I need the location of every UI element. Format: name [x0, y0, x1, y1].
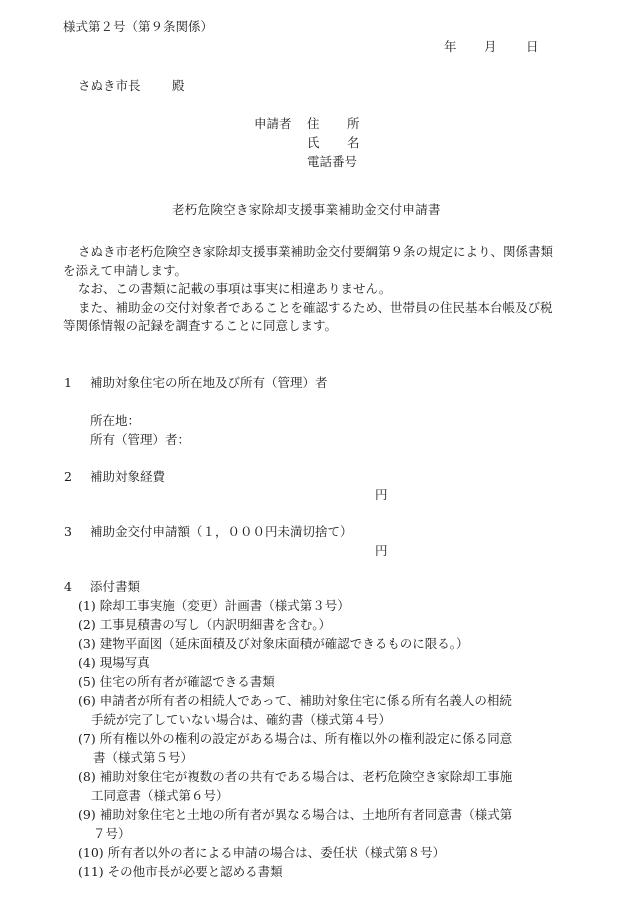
section-2-unit: 円 — [375, 485, 388, 504]
item-number: (5) — [78, 672, 96, 691]
item-text-line-2: 手続が完了していない場合は、確約書（様式第４号） — [91, 712, 391, 727]
item-number: (9) — [78, 805, 96, 824]
item-number: (10) — [78, 843, 104, 862]
addressee-name: さぬき市長 — [78, 76, 141, 95]
section-4-number: 4 — [64, 577, 72, 596]
date-month-label: 月 — [484, 37, 497, 56]
item-text: 除却工事実施（変更）計画書（様式第３号） — [100, 596, 558, 615]
attachment-item: (6) 申請者が所有者の相続人であって、補助対象住宅に係る所有名義人の相続 — [78, 691, 558, 710]
item-text-line-1: 補助対象住宅と土地の所有者が異なる場合は、土地所有者同意書（様式第 — [100, 805, 558, 824]
applicant-phone-label: 電話番号 — [307, 152, 357, 171]
addressee-honorific: 殿 — [172, 76, 185, 95]
item-text-line-1: 申請者が所有者の相続人であって、補助対象住宅に係る所有名義人の相続 — [100, 693, 512, 708]
paragraph-3: また、補助金の交付対象者であることを確認するため、世帯員の住民基本台帳及び税等関… — [63, 299, 563, 336]
item-number: (8) — [78, 767, 96, 786]
item-text: 住宅の所有者が確認できる書類 — [100, 672, 558, 691]
location-field-label: 所在地： — [90, 411, 140, 430]
item-number: (3) — [78, 634, 96, 653]
attachment-item: (4) 現場写真 — [78, 653, 558, 672]
attachment-item: (10) 所有者以外の者による申請の場合は、委任状（様式第８号） — [78, 843, 558, 862]
item-text-line-1: 所有権以外の権利の設定がある場合は、所有権以外の権利設定に係る同意 — [100, 729, 558, 748]
date-year-label: 年 — [444, 37, 457, 56]
item-number: (4) — [78, 653, 96, 672]
attachment-item-continuation: ７号） — [78, 824, 558, 843]
item-text: 申請者が所有者の相続人であって、補助対象住宅に係る所有名義人の相続 — [100, 691, 558, 710]
item-text: 建物平面図（延床面積及び対象床面積が確認できるものに限る。） — [100, 634, 558, 653]
paragraph-2: なお、この書類に記載の事項は事実に相違ありません。 — [63, 280, 563, 299]
attachment-item-continuation: 工同意書（様式第６号） — [78, 786, 558, 805]
applicant-label: 申請者 — [254, 114, 292, 133]
attachment-item: (2) 工事見積書の写し（内訳明細書を含む。） — [78, 615, 558, 634]
section-2-title: 補助対象経費 — [90, 467, 165, 486]
item-text: その他市長が必要と認める書類 — [108, 862, 558, 881]
section-1-number: 1 — [64, 373, 72, 392]
attachment-item: (7) 所有権以外の権利の設定がある場合は、所有権以外の権利設定に係る同意 — [78, 729, 558, 748]
item-number: (11) — [78, 862, 104, 881]
attachment-item: (9) 補助対象住宅と土地の所有者が異なる場合は、土地所有者同意書（様式第 — [78, 805, 558, 824]
attachment-item: (5) 住宅の所有者が確認できる書類 — [78, 672, 558, 691]
section-3-unit: 円 — [375, 541, 388, 560]
owner-field-label: 所有（管理）者： — [90, 430, 190, 449]
section-3-title: 補助金交付申請額（１，０００円未満切捨て） — [90, 522, 353, 541]
attachment-list: (1) 除却工事実施（変更）計画書（様式第３号） (2) 工事見積書の写し（内訳… — [78, 596, 558, 881]
applicant-address-label-1: 住 — [307, 114, 320, 133]
applicant-name-label-1: 氏 — [307, 133, 320, 152]
attachment-item: (1) 除却工事実施（変更）計画書（様式第３号） — [78, 596, 558, 615]
date-day-label: 日 — [526, 37, 539, 56]
item-number: (7) — [78, 729, 96, 748]
paragraph-1: さぬき市老朽危険空き家除却支援事業補助金交付要綱第９条の規定により、関係書類を添… — [63, 243, 563, 280]
item-text-line-2: 書（様式第５号） — [93, 750, 193, 765]
section-1-title: 補助対象住宅の所在地及び所有（管理）者 — [90, 373, 328, 392]
applicant-name-label-2: 名 — [347, 133, 360, 152]
item-text: 所有者以外の者による申請の場合は、委任状（様式第８号） — [108, 843, 558, 862]
item-text-line-2: ７号） — [93, 826, 131, 841]
attachment-item: (8) 補助対象住宅が複数の者の共有である場合は、老朽危険空き家除却工事施 — [78, 767, 558, 786]
item-number: (2) — [78, 615, 96, 634]
body-paragraphs: さぬき市老朽危険空き家除却支援事業補助金交付要綱第９条の規定により、関係書類を添… — [63, 243, 563, 336]
section-4-title: 添付書類 — [90, 577, 140, 596]
item-text: 工事見積書の写し（内訳明細書を含む。） — [100, 615, 558, 634]
document-title: 老朽危険空き家除却支援事業補助金交付申請書 — [172, 200, 441, 219]
item-text-line-2: 工同意書（様式第６号） — [91, 788, 229, 803]
attachment-item-continuation: 書（様式第５号） — [78, 748, 558, 767]
applicant-address-label-2: 所 — [347, 114, 360, 133]
form-number: 様式第２号（第９条関係） — [63, 17, 213, 36]
attachment-item: (3) 建物平面図（延床面積及び対象床面積が確認できるものに限る。） — [78, 634, 558, 653]
section-2-number: 2 — [64, 467, 72, 486]
item-text-line-1: 補助対象住宅が複数の者の共有である場合は、老朽危険空き家除却工事施 — [100, 767, 558, 786]
item-text: 現場写真 — [100, 653, 558, 672]
item-number: (6) — [78, 691, 96, 710]
item-number: (1) — [78, 596, 96, 615]
attachment-item-continuation: 手続が完了していない場合は、確約書（様式第４号） — [78, 710, 558, 729]
attachment-item: (11) その他市長が必要と認める書類 — [78, 862, 558, 881]
section-3-number: 3 — [64, 522, 72, 541]
